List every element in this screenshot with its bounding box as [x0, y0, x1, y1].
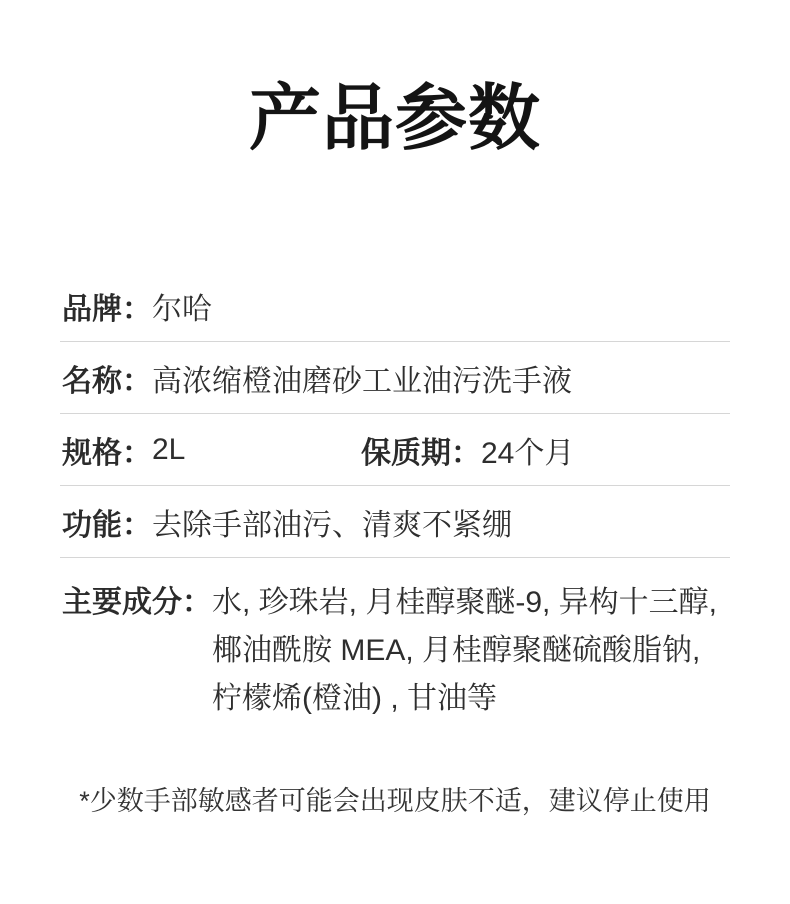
function-value: 去除手部油污、清爽不紧绷 — [152, 500, 512, 544]
name-value: 高浓缩橙油磨砂工业油污洗手液 — [152, 356, 572, 400]
page-title: 产品参数 — [0, 0, 790, 162]
size-value: 2L — [152, 433, 185, 467]
name-label: 名称： — [62, 356, 152, 400]
spec-row-brand: 品牌： 尔哈 — [60, 270, 730, 342]
spec-row-function: 功能： 去除手部油污、清爽不紧绷 — [60, 486, 730, 558]
spec-row-name: 名称： 高浓缩橙油磨砂工业油污洗手液 — [60, 342, 730, 414]
spec-row-size-shelflife: 规格： 2L 保质期： 24个月 — [60, 414, 730, 486]
brand-label: 品牌： — [62, 284, 152, 328]
ingredients-value: 水, 珍珠岩, 月桂醇聚醚-9, 异构十三醇, 椰油酰胺 MEA, 月桂醇聚醚硫… — [212, 579, 730, 723]
size-label: 规格： — [62, 428, 152, 472]
ingredients-line-2: 椰油酰胺 MEA, 月桂醇聚醚硫酸脂钠, — [212, 634, 700, 667]
product-parameters-page: 产品参数 品牌： 尔哈 名称： 高浓缩橙油磨砂工业油污洗手液 规格： 2L 保质… — [0, 0, 790, 904]
spec-table: 品牌： 尔哈 名称： 高浓缩橙油磨砂工业油污洗手液 规格： 2L 保质期： 24… — [60, 270, 730, 723]
sensitivity-footnote: *少数手部敏感者可能会出现皮肤不适，建议停止使用 — [0, 784, 790, 818]
ingredients-line-1: 水, 珍珠岩, 月桂醇聚醚-9, 异构十三醇, — [212, 586, 717, 619]
ingredients-label: 主要成分： — [62, 579, 212, 627]
shelf-life-label: 保质期： — [361, 428, 481, 472]
shelf-life-pair: 保质期： 24个月 — [361, 428, 574, 472]
brand-value: 尔哈 — [152, 284, 212, 328]
ingredients-line-3: 柠檬烯(橙油) , 甘油等 — [212, 682, 497, 715]
size-pair: 规格： 2L — [62, 428, 361, 472]
spec-row-ingredients: 主要成分： 水, 珍珠岩, 月桂醇聚醚-9, 异构十三醇, 椰油酰胺 MEA, … — [60, 558, 730, 723]
function-label: 功能： — [62, 500, 152, 544]
shelf-life-value: 24个月 — [481, 428, 574, 472]
